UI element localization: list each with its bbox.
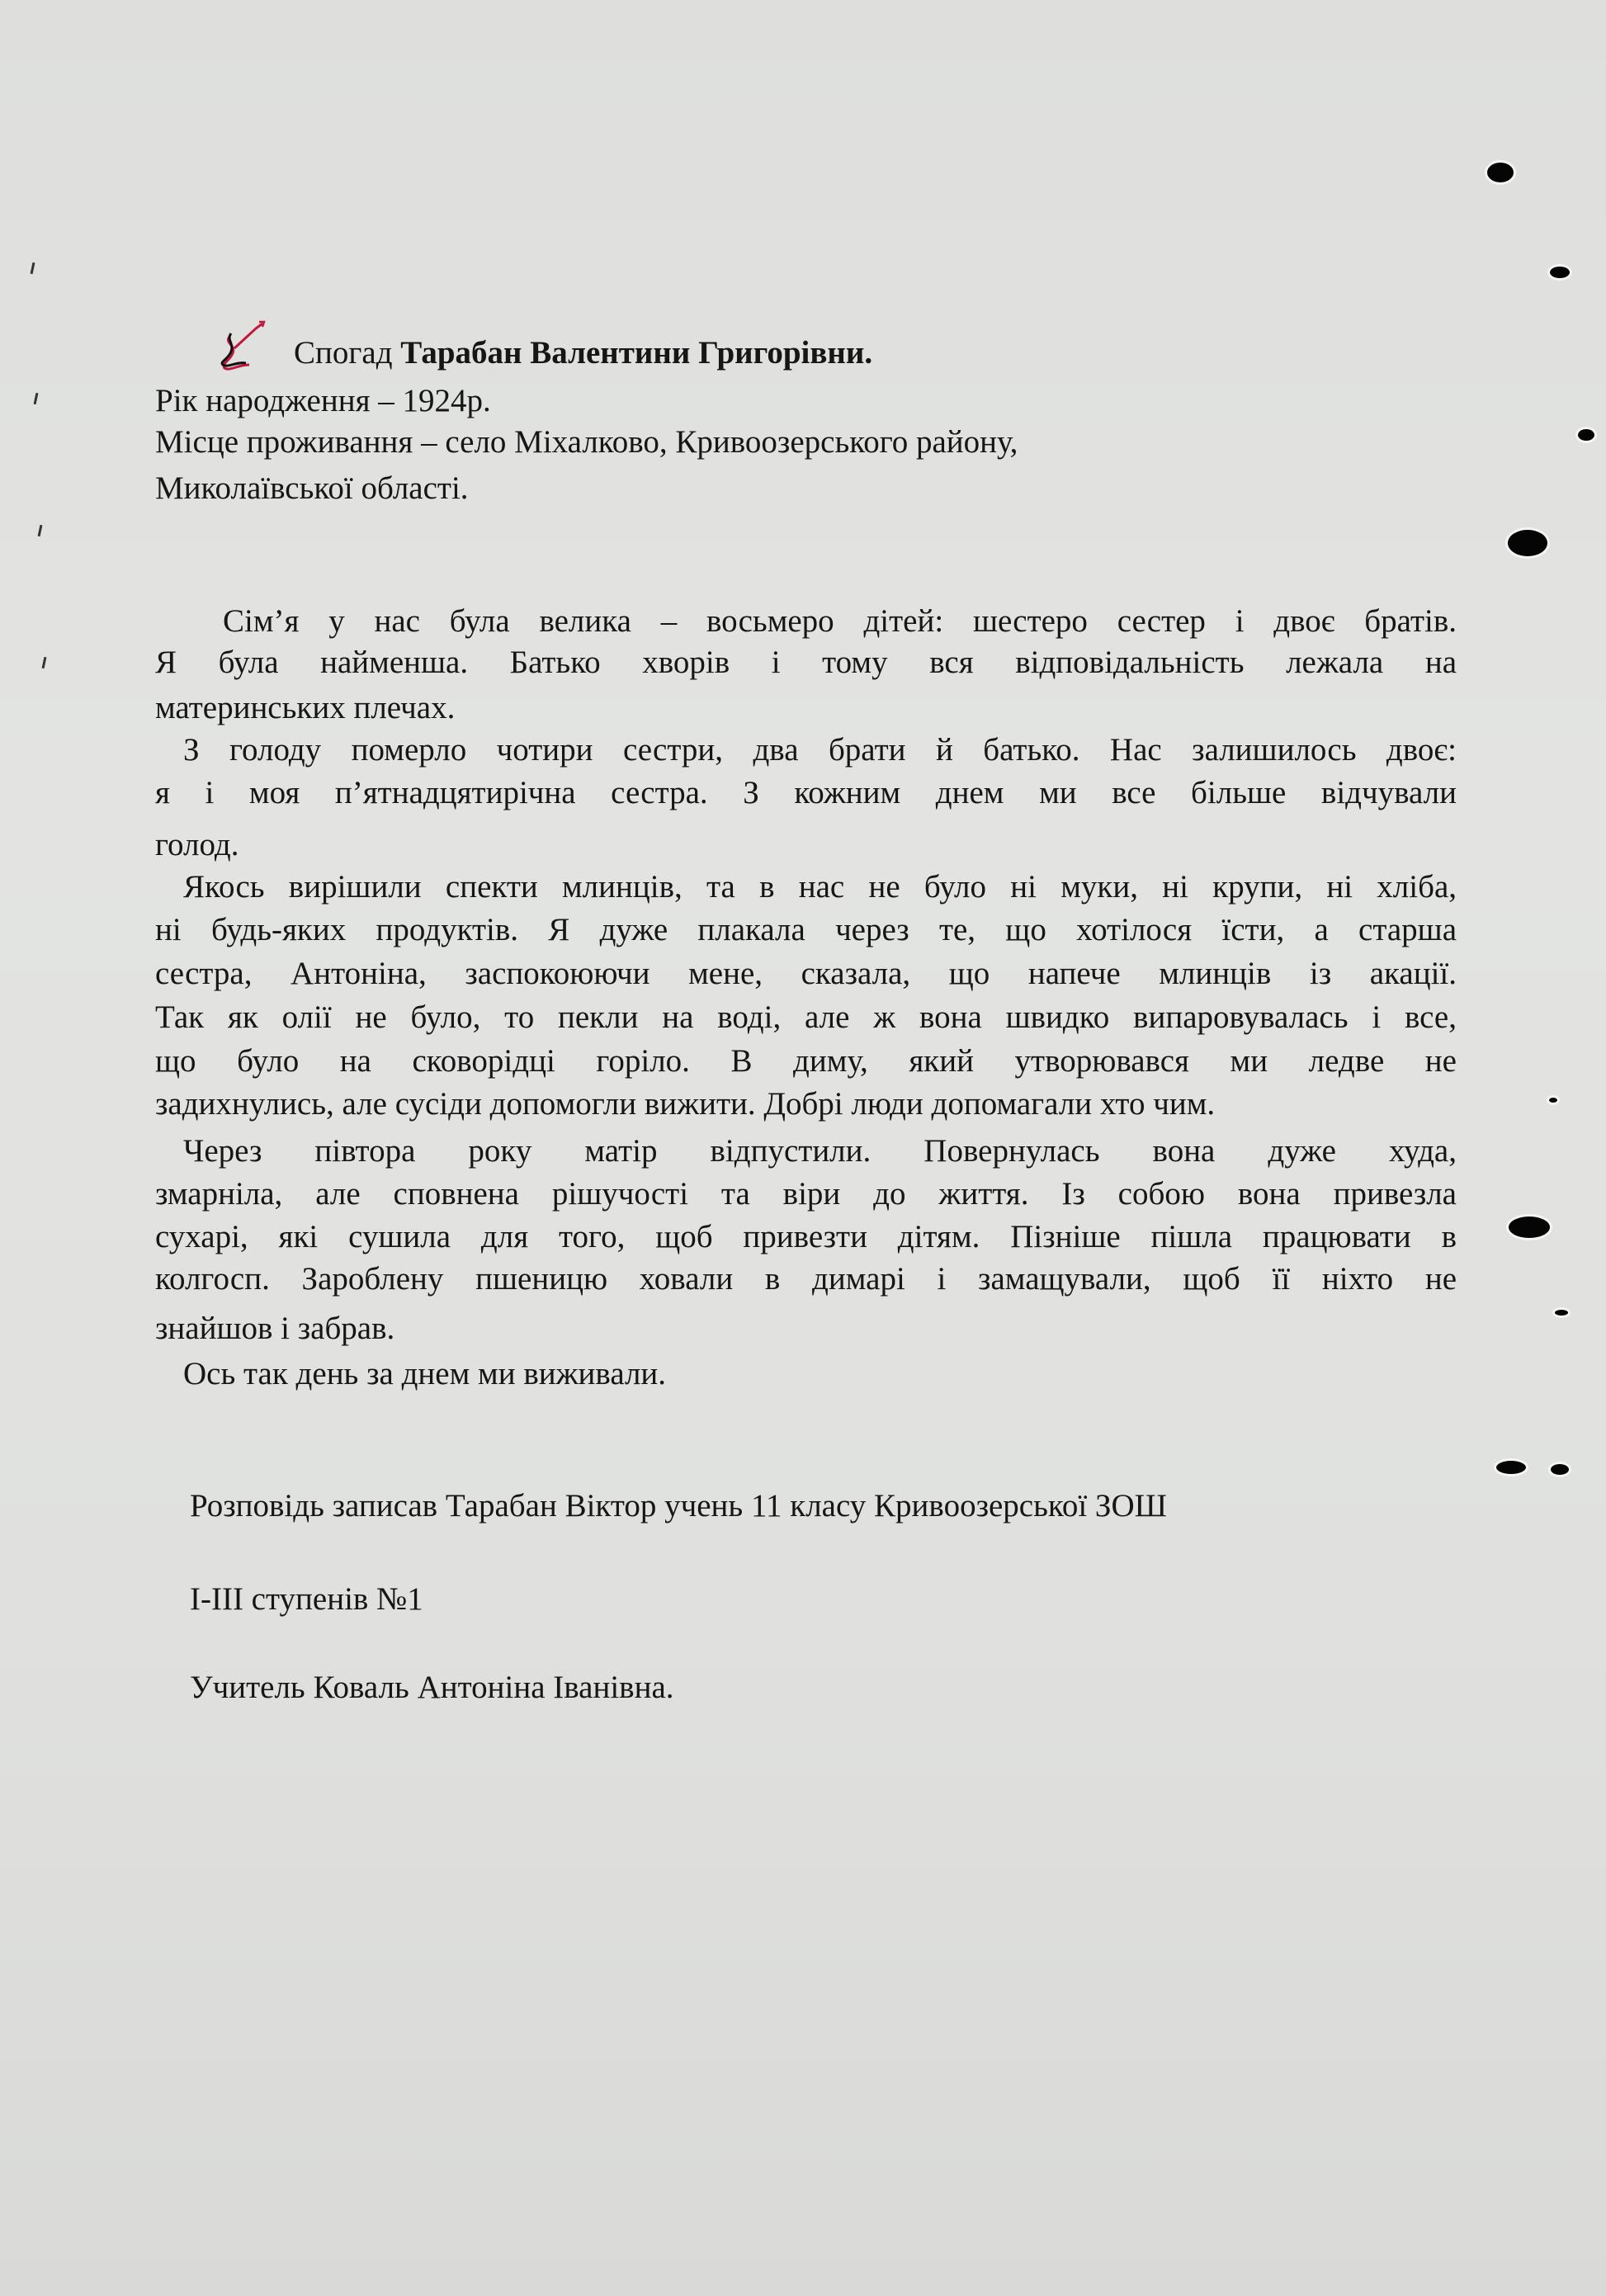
body-line: що було на сковорідці горіло. В диму, як… (155, 1045, 1457, 1077)
punch-hole (1496, 1461, 1526, 1474)
punch-hole (1551, 1464, 1569, 1475)
margin-tick (42, 657, 47, 668)
body-line: материнських плечах. (155, 692, 455, 724)
body-line: Я була найменша. Батько хворів і тому вс… (155, 646, 1457, 678)
body-line: сестра, Антоніна, заспокоюючи мене, сказ… (155, 957, 1457, 990)
punch-hole (1487, 163, 1514, 182)
birth-year: Рік народження – 1924р. (155, 385, 491, 417)
body-line: Ось так день за днем ми виживали. (183, 1358, 666, 1390)
residence-line-2: Миколаївської області. (155, 472, 469, 504)
punch-hole (1509, 1217, 1550, 1238)
body-line: Через півтора року матір відпустили. Пов… (183, 1135, 1457, 1167)
body-line: колгосп. Зароблену пшеницю ховали в дима… (155, 1263, 1457, 1295)
body-line: я і моя п’ятнадцятирічна сестра. З кожни… (155, 777, 1457, 809)
body-line: змарніла, але сповнена рішучості та віри… (155, 1178, 1457, 1210)
punch-hole (1549, 1098, 1557, 1103)
punch-hole (1550, 267, 1570, 278)
body-line: Так як олії не було, то пекли на воді, а… (155, 1001, 1457, 1033)
body-line: голод. (155, 829, 239, 861)
recorded-by: Розповідь записав Тарабан Віктор учень 1… (190, 1490, 1167, 1522)
document-title: Спогад Тарабан Валентини Григорівни. (294, 337, 872, 369)
title-prefix: Спогад (294, 335, 393, 371)
body-line: Якось вирішили спекти млинців, та в нас … (183, 871, 1457, 903)
punch-hole (1555, 1310, 1568, 1316)
body-line: сухарі, які сушила для того, щоб привезт… (155, 1221, 1457, 1253)
punch-hole (1578, 429, 1594, 441)
title-name: Тарабан Валентини Григорівни. (400, 335, 872, 371)
body-line: Сім’я у нас була велика – восьмеро дітей… (223, 605, 1457, 637)
teacher: Учитель Коваль Антоніна Іванівна. (190, 1671, 674, 1703)
margin-tick (34, 393, 39, 404)
handwritten-check-icon (216, 307, 274, 373)
body-line: задихнулись, але сусіди допомогли вижити… (155, 1088, 1215, 1120)
punch-hole (1508, 530, 1547, 556)
document-page: Спогад Тарабан Валентини Григорівни. Рік… (0, 0, 1606, 2296)
margin-tick (31, 262, 35, 274)
body-line: знайшов і забрав. (155, 1312, 394, 1344)
body-line: ні будь-яких продуктів. Я дуже плакала ч… (155, 914, 1457, 946)
body-line: З голоду померло чотири сестри, два брат… (183, 734, 1457, 766)
residence-line-1: Місце проживання – село Міхалково, Криво… (155, 426, 1018, 458)
school-level: І-ІІІ ступенів №1 (190, 1583, 423, 1615)
margin-tick (38, 525, 43, 536)
